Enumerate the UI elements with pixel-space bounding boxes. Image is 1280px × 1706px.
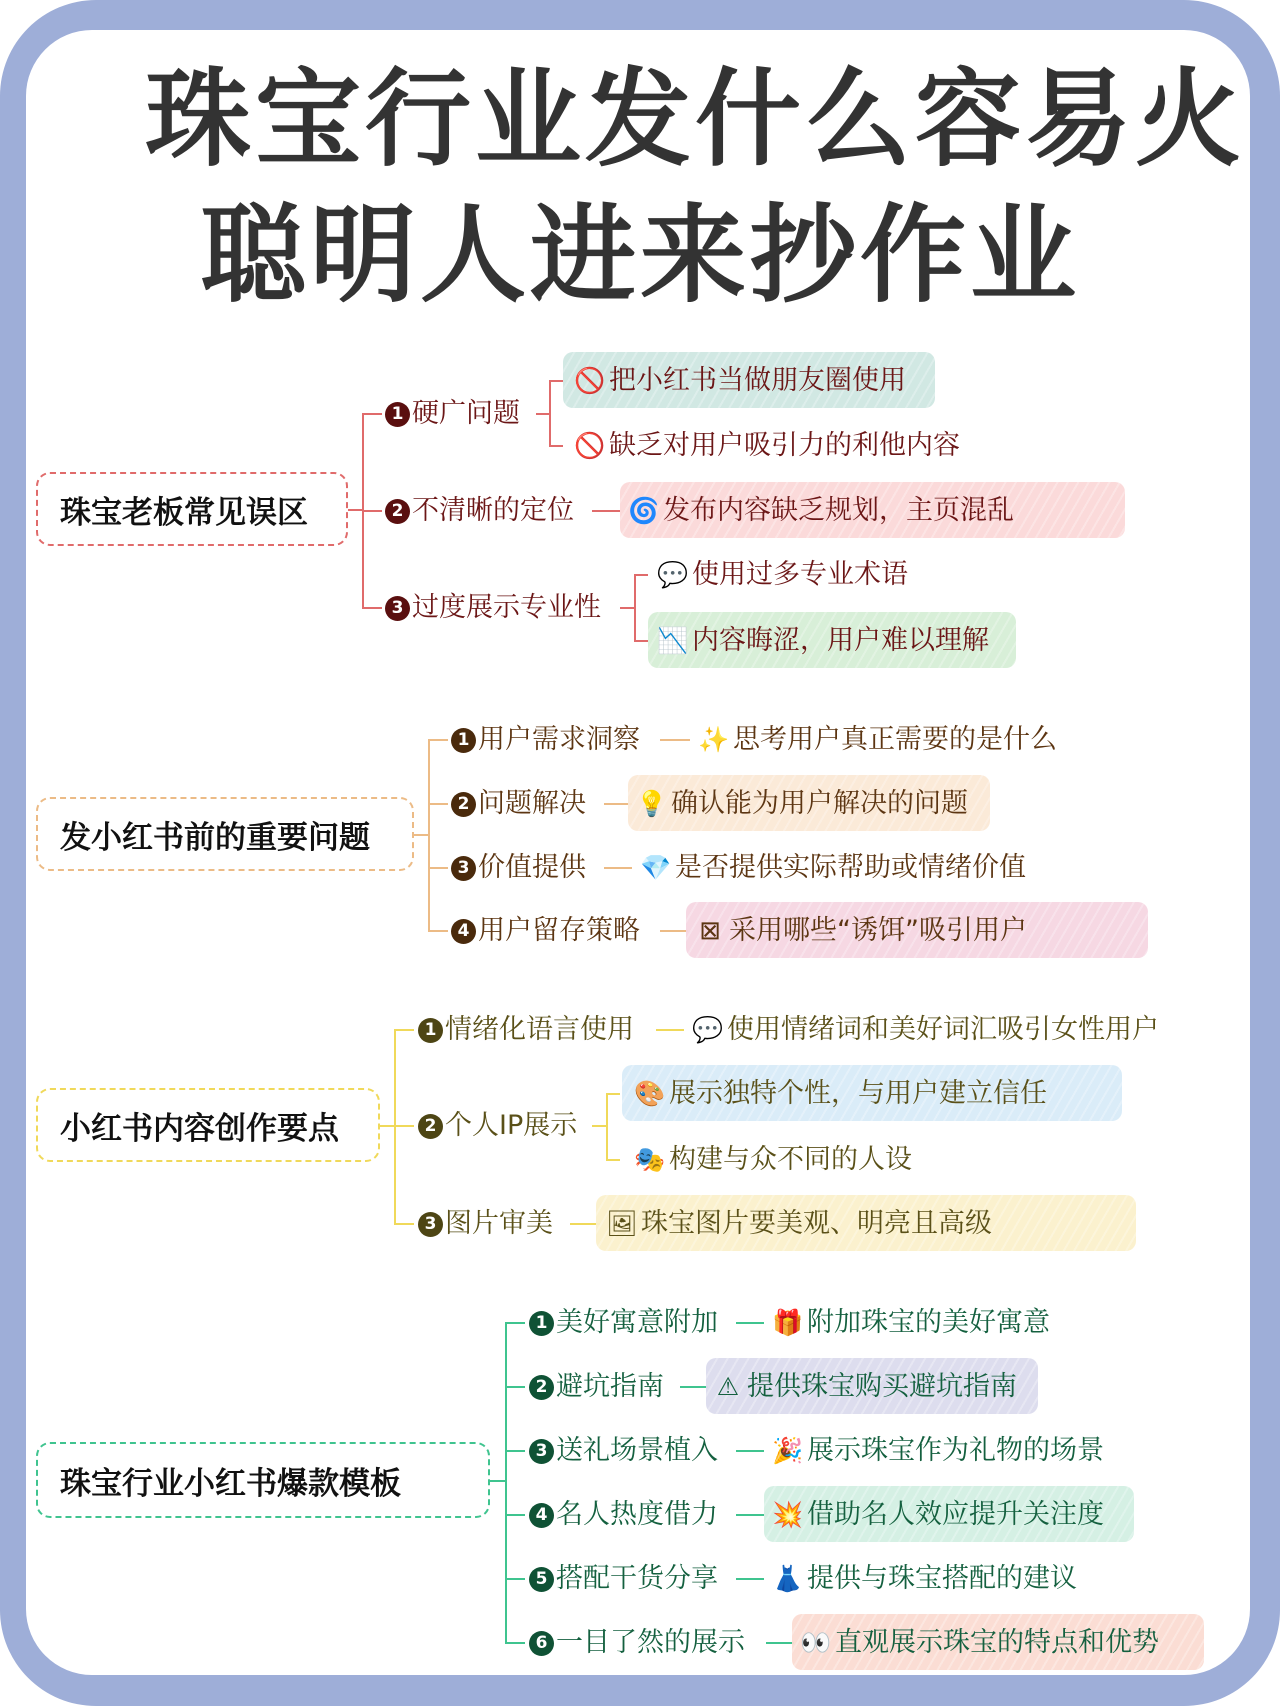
connector xyxy=(634,574,636,641)
connector xyxy=(660,930,688,932)
leaf-node[interactable]: 💎 是否提供实际帮助或情绪价值 xyxy=(640,850,1026,886)
branch-node[interactable]: 6 一目了然的展示 xyxy=(529,1625,745,1661)
branch-node[interactable]: 4 用户留存策略 xyxy=(451,913,640,949)
sparkles-icon: ✨ xyxy=(698,724,730,756)
branch-node[interactable]: 1 美好寓意附加 xyxy=(529,1305,718,1341)
number-badge: 4 xyxy=(529,1503,554,1528)
connector xyxy=(505,1322,507,1643)
page-title-line-2: 聪明人进来抄作业 xyxy=(0,196,1280,316)
leaf-node[interactable]: ⚠ 提供珠宝购买避坑指南 xyxy=(712,1369,1017,1405)
leaf-text: 内容晦涩，用户难以理解 xyxy=(692,623,989,659)
leaf-node[interactable]: 💥 借助名人效应提升关注度 xyxy=(772,1497,1104,1533)
branch-node[interactable]: 2 不清晰的定位 xyxy=(385,493,574,529)
root-node-viral-templates[interactable]: 珠宝行业小红书爆款模板 xyxy=(36,1442,490,1518)
number-badge: 2 xyxy=(418,1114,443,1139)
connector xyxy=(505,1642,525,1644)
party-popper-icon: 🎉 xyxy=(772,1435,804,1467)
leaf-text: 提供珠宝购买避坑指南 xyxy=(747,1369,1017,1405)
leaf-text: 附加珠宝的美好寓意 xyxy=(807,1305,1050,1341)
branch-label: 情绪化语言使用 xyxy=(445,1012,634,1048)
leaf-node[interactable]: 📉 内容晦涩，用户难以理解 xyxy=(657,623,989,659)
leaf-text: 借助名人效应提升关注度 xyxy=(807,1497,1104,1533)
leaf-text: 使用情绪词和美好词汇吸引女性用户 xyxy=(727,1012,1159,1048)
root-node-mistakes[interactable]: 珠宝老板常见误区 xyxy=(36,472,348,546)
leaf-text: 缺乏对用户吸引力的利他内容 xyxy=(609,428,960,464)
leaf-node[interactable]: 🖼 珠宝图片要美观、明亮且高级 xyxy=(606,1206,992,1242)
connector xyxy=(362,607,382,609)
connector xyxy=(428,867,448,869)
cyclone-icon: 🌀 xyxy=(628,495,660,527)
branch-node[interactable]: 2 避坑指南 xyxy=(529,1369,664,1405)
number-badge: 1 xyxy=(385,402,410,427)
connector xyxy=(394,1125,414,1127)
connector xyxy=(620,607,634,609)
branch-label: 美好寓意附加 xyxy=(556,1305,718,1341)
collision-star-icon: 💥 xyxy=(772,1499,804,1531)
leaf-node[interactable]: 🎁 附加珠宝的美好寓意 xyxy=(772,1305,1050,1341)
connector xyxy=(490,1480,505,1482)
chart-decreasing-icon: 📉 xyxy=(657,625,689,657)
number-badge: 1 xyxy=(418,1018,443,1043)
connector xyxy=(592,510,620,512)
branch-node[interactable]: 2 个人IP展示 xyxy=(418,1108,577,1144)
connector xyxy=(736,1450,764,1452)
connector xyxy=(606,1159,620,1161)
warning-icon: ⚠ xyxy=(712,1371,744,1403)
connector xyxy=(604,867,632,869)
branch-node[interactable]: 3 过度展示专业性 xyxy=(385,590,601,626)
no-entry-icon: 🚫 xyxy=(574,365,606,397)
leaf-text: 提供与珠宝搭配的建议 xyxy=(807,1561,1077,1597)
gem-icon: 💎 xyxy=(640,852,672,884)
branch-node[interactable]: 3 图片审美 xyxy=(418,1206,553,1242)
leaf-node[interactable]: 👗 提供与珠宝搭配的建议 xyxy=(772,1561,1077,1597)
connector xyxy=(505,1322,525,1324)
connector xyxy=(414,834,428,836)
leaf-text: 构建与众不同的人设 xyxy=(669,1142,912,1178)
number-badge: 1 xyxy=(529,1311,554,1336)
branch-node[interactable]: 4 名人热度借力 xyxy=(529,1497,718,1533)
branch-node[interactable]: 1 情绪化语言使用 xyxy=(418,1012,634,1048)
branch-label: 不清晰的定位 xyxy=(412,493,574,529)
number-badge: 6 xyxy=(529,1631,554,1656)
branch-label: 用户需求洞察 xyxy=(478,722,640,758)
branch-label: 名人热度借力 xyxy=(556,1497,718,1533)
branch-node[interactable]: 3 送礼场景植入 xyxy=(529,1433,718,1469)
connector xyxy=(656,1029,684,1031)
root-node-key-questions[interactable]: 发小红书前的重要问题 xyxy=(36,797,414,871)
branch-label: 一目了然的展示 xyxy=(556,1625,745,1661)
connector xyxy=(362,413,382,415)
leaf-node[interactable]: 🚫 缺乏对用户吸引力的利他内容 xyxy=(574,428,960,464)
branch-label: 图片审美 xyxy=(445,1206,553,1242)
connector xyxy=(428,739,448,741)
artist-palette-icon: 🎨 xyxy=(634,1078,666,1110)
branch-label: 送礼场景植入 xyxy=(556,1433,718,1469)
performing-arts-icon: 🎭 xyxy=(634,1144,666,1176)
eyes-icon: 👀 xyxy=(800,1627,832,1659)
leaf-text: 直观展示珠宝的特点和优势 xyxy=(835,1625,1159,1661)
root-node-content-creation[interactable]: 小红书内容创作要点 xyxy=(36,1088,380,1162)
gift-icon: 🎁 xyxy=(772,1307,804,1339)
connector xyxy=(736,1578,764,1580)
branch-node[interactable]: 1 用户需求洞察 xyxy=(451,722,640,758)
connector xyxy=(536,413,549,415)
page-title-line-1: 珠宝行业发什么容易火 xyxy=(0,60,1280,180)
leaf-node[interactable]: ✨ 思考用户真正需要的是什么 xyxy=(698,722,1057,758)
no-entry-icon: 🚫 xyxy=(574,430,606,462)
leaf-node[interactable]: ⊠ 采用哪些“诱饵”吸引用户 xyxy=(694,913,1027,949)
branch-label: 避坑指南 xyxy=(556,1369,664,1405)
framed-picture-icon: 🖼 xyxy=(606,1208,638,1240)
number-badge: 2 xyxy=(451,792,476,817)
speech-bubble-icon: 💬 xyxy=(692,1014,724,1046)
leaf-node[interactable]: 💬 使用情绪词和美好词汇吸引女性用户 xyxy=(692,1012,1159,1048)
speech-bubble-icon: 💬 xyxy=(657,559,689,591)
connector xyxy=(505,1578,525,1580)
connector xyxy=(428,803,448,805)
branch-label: 价值提供 xyxy=(478,850,586,886)
leaf-text: 是否提供实际帮助或情绪价值 xyxy=(675,850,1026,886)
number-badge: 4 xyxy=(451,919,476,944)
leaf-node[interactable]: 💡 确认能为用户解决的问题 xyxy=(636,786,968,822)
leaf-text: 使用过多专业术语 xyxy=(692,557,908,593)
number-badge: 2 xyxy=(529,1375,554,1400)
dress-icon: 👗 xyxy=(772,1563,804,1595)
connector xyxy=(680,1386,708,1388)
number-badge: 3 xyxy=(451,856,476,881)
connector xyxy=(736,1322,764,1324)
leaf-text: 发布内容缺乏规划，主页混乱 xyxy=(663,493,1014,529)
number-badge: 3 xyxy=(385,596,410,621)
leaf-text: 珠宝图片要美观、明亮且高级 xyxy=(641,1206,992,1242)
connector xyxy=(505,1450,525,1452)
branch-node[interactable]: 2 问题解决 xyxy=(451,786,586,822)
number-badge: 3 xyxy=(418,1212,443,1237)
branch-label: 用户留存策略 xyxy=(478,913,640,949)
connector xyxy=(549,380,563,382)
branch-label: 硬广问题 xyxy=(412,396,520,432)
connector xyxy=(766,1642,794,1644)
connector xyxy=(634,640,648,642)
connector xyxy=(394,1029,414,1031)
branch-label: 过度展示专业性 xyxy=(412,590,601,626)
branch-node[interactable]: 3 价值提供 xyxy=(451,850,586,886)
connector xyxy=(634,574,648,576)
connector xyxy=(736,1514,764,1516)
connector xyxy=(592,1125,606,1127)
number-badge: 3 xyxy=(529,1439,554,1464)
branch-label: 问题解决 xyxy=(478,786,586,822)
connector xyxy=(348,509,362,511)
connector xyxy=(549,445,563,447)
leaf-node[interactable]: 🌀 发布内容缺乏规划，主页混乱 xyxy=(628,493,1014,529)
leaf-node[interactable]: 💬 使用过多专业术语 xyxy=(657,557,908,593)
leaf-node[interactable]: 🎉 展示珠宝作为礼物的场景 xyxy=(772,1433,1104,1469)
connector xyxy=(428,930,448,932)
leaf-text: 采用哪些“诱饵”吸引用户 xyxy=(729,913,1027,949)
connector xyxy=(549,380,551,446)
connector xyxy=(606,1093,620,1095)
connector xyxy=(394,1223,414,1225)
leaf-node[interactable]: 🚫 把小红书当做朋友圈使用 xyxy=(574,363,906,399)
connector xyxy=(380,1125,394,1127)
branch-node[interactable]: 1 硬广问题 xyxy=(385,396,520,432)
connector xyxy=(660,739,690,741)
number-badge: 5 xyxy=(529,1567,554,1592)
leaf-text: 展示珠宝作为礼物的场景 xyxy=(807,1433,1104,1469)
leaf-text: 展示独特个性，与用户建立信任 xyxy=(669,1076,1047,1112)
leaf-node[interactable]: 🎨 展示独特个性，与用户建立信任 xyxy=(634,1076,1047,1112)
connector xyxy=(362,510,382,512)
leaf-text: 确认能为用户解决的问题 xyxy=(671,786,968,822)
number-badge: 2 xyxy=(385,499,410,524)
connector xyxy=(428,739,430,931)
branch-label: 个人IP展示 xyxy=(445,1108,577,1144)
branch-label: 搭配干货分享 xyxy=(556,1561,718,1597)
leaf-node[interactable]: 🎭 构建与众不同的人设 xyxy=(634,1142,912,1178)
leaf-text: 思考用户真正需要的是什么 xyxy=(733,722,1057,758)
connector xyxy=(505,1386,525,1388)
connector xyxy=(606,1093,608,1160)
number-badge: 1 xyxy=(451,728,476,753)
connector xyxy=(505,1514,525,1516)
light-bulb-icon: 💡 xyxy=(636,788,668,820)
branch-node[interactable]: 5 搭配干货分享 xyxy=(529,1561,718,1597)
leaf-node[interactable]: 👀 直观展示珠宝的特点和优势 xyxy=(800,1625,1159,1661)
leaf-text: 把小红书当做朋友圈使用 xyxy=(609,363,906,399)
boxed-x-icon: ⊠ xyxy=(694,915,726,947)
